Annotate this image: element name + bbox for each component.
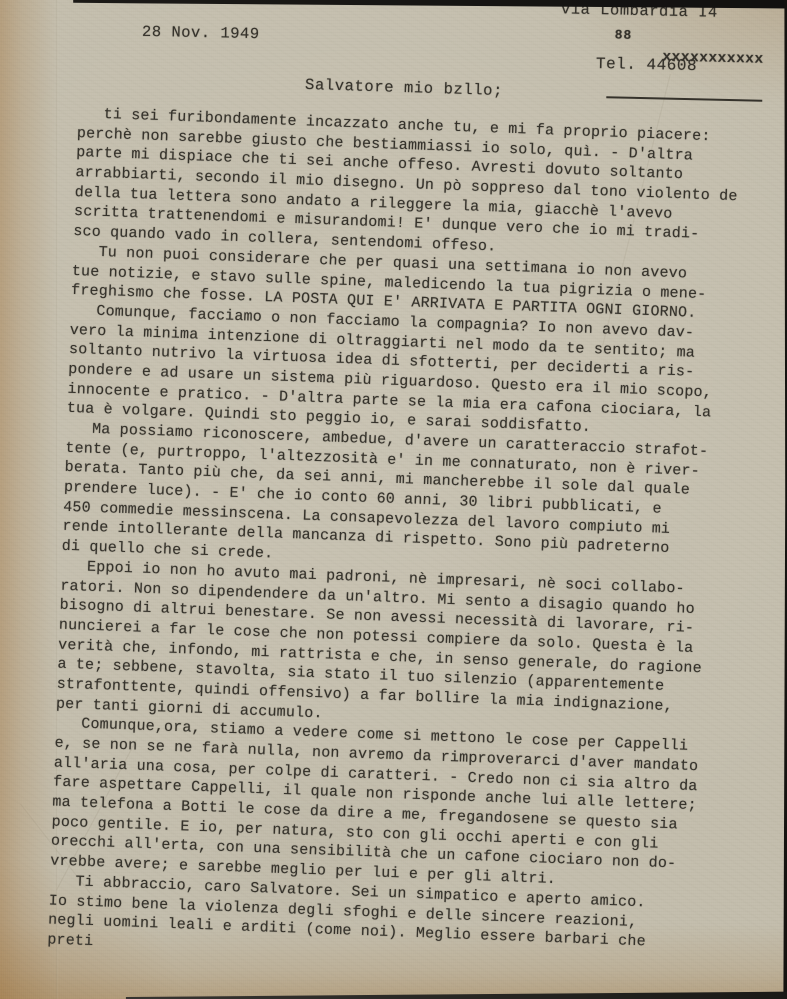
letter-date: 28 Nov. 1949	[142, 23, 260, 43]
redaction-overstrike-digits: 88	[615, 27, 633, 42]
paragraph: Ma possiamo riconoscere, ambedue, d'aver…	[61, 419, 766, 582]
paper: 28 Nov. 1949 via Lombardia I4 xxxxxxxxxx…	[0, 0, 787, 999]
scanned-letter-page: 28 Nov. 1949 via Lombardia I4 xxxxxxxxxx…	[0, 0, 787, 999]
paragraph: ti sei furibondamente incazzato anche tu…	[73, 104, 778, 267]
paragraph: Eppoi io non ho avuto mai padroni, nè im…	[56, 557, 761, 740]
paragraph: Comunque,ora, stiamo a vedere come si me…	[50, 714, 755, 897]
salutation: Salvatore mio bzllo;	[305, 76, 503, 100]
phone-number: Tel. 44608	[596, 55, 697, 75]
letter-body: ti sei furibondamente incazzato anche tu…	[47, 104, 778, 976]
